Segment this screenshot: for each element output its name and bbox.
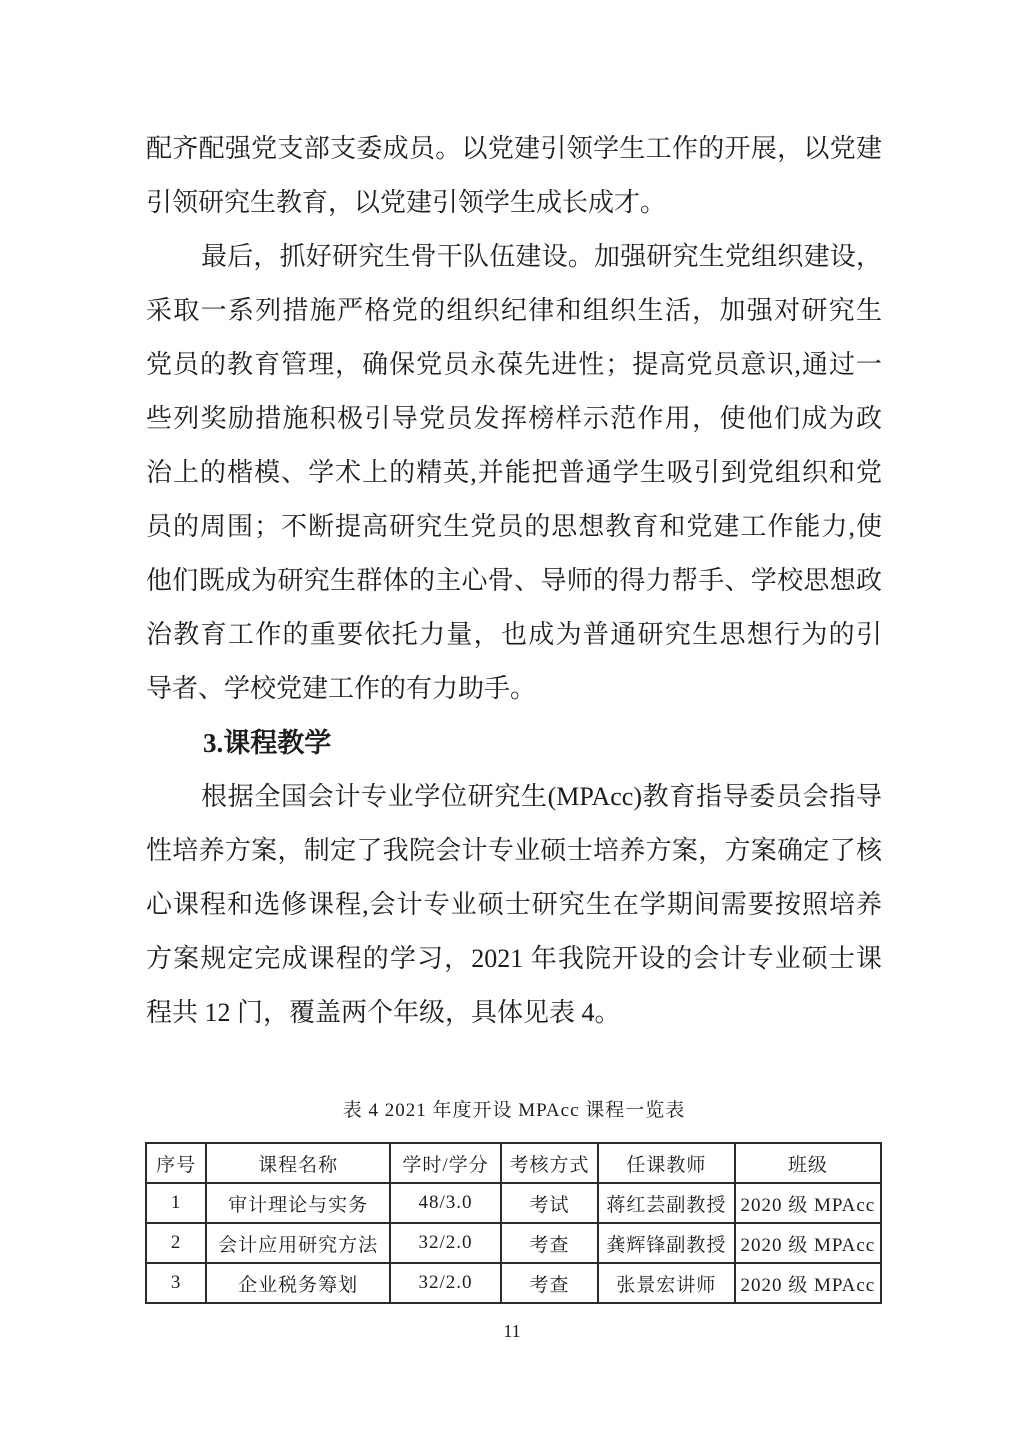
cell-course-name: 会计应用研究方法 bbox=[206, 1223, 390, 1263]
cell-assessment: 考查 bbox=[501, 1263, 598, 1303]
page-number: 11 bbox=[0, 1318, 1024, 1344]
cell-index: 2 bbox=[146, 1223, 206, 1263]
column-header-assessment: 考核方式 bbox=[501, 1143, 598, 1183]
table-row: 2 会计应用研究方法 32/2.0 考查 龚辉锋副教授 2020 级 MPAcc bbox=[146, 1223, 881, 1263]
cell-hours-credits: 32/2.0 bbox=[390, 1263, 501, 1303]
body-line: 最后，抓好研究生骨干队伍建设。加强研究生党组织建设， bbox=[146, 230, 882, 284]
body-line: 性培养方案，制定了我院会计专业硕士培养方案，方案确定了核 bbox=[146, 824, 882, 878]
body-line: 些列奖励措施积极引导党员发挥榜样示范作用，使他们成为政 bbox=[146, 392, 882, 446]
column-header-hours-credits: 学时/学分 bbox=[390, 1143, 501, 1183]
table-caption: 表 4 2021 年度开设 MPAcc 课程一览表 bbox=[146, 1096, 882, 1126]
cell-index: 3 bbox=[146, 1263, 206, 1303]
cell-assessment: 考试 bbox=[501, 1183, 598, 1223]
table-header-row: 序号 课程名称 学时/学分 考核方式 任课教师 班级 bbox=[146, 1143, 881, 1183]
body-line: 方案规定完成课程的学习，2021 年我院开设的会计专业硕士课 bbox=[146, 932, 882, 986]
body-line: 心课程和选修课程,会计专业硕士研究生在学期间需要按照培养 bbox=[146, 878, 882, 932]
body-line: 他们既成为研究生群体的主心骨、导师的得力帮手、学校思想政 bbox=[146, 554, 882, 608]
cell-hours-credits: 48/3.0 bbox=[390, 1183, 501, 1223]
body-line: 导者、学校党建工作的有力助手。 bbox=[146, 662, 882, 716]
body-line: 配齐配强党支部支委成员。以党建引领学生工作的开展，以党建 bbox=[146, 122, 882, 176]
cell-teacher: 龚辉锋副教授 bbox=[598, 1223, 735, 1263]
section-heading: 3.课程教学 bbox=[146, 716, 882, 770]
body-line: 程共 12 门，覆盖两个年级，具体见表 4。 bbox=[146, 986, 882, 1040]
cell-hours-credits: 32/2.0 bbox=[390, 1223, 501, 1263]
body-line: 根据全国会计专业学位研究生(MPAcc)教育指导委员会指导 bbox=[146, 770, 882, 824]
cell-course-name: 企业税务筹划 bbox=[206, 1263, 390, 1303]
cell-course-name: 审计理论与实务 bbox=[206, 1183, 390, 1223]
body-text-block: 配齐配强党支部支委成员。以党建引领学生工作的开展，以党建 引领研究生教育，以党建… bbox=[146, 122, 882, 1040]
cell-index: 1 bbox=[146, 1183, 206, 1223]
column-header-index: 序号 bbox=[146, 1143, 206, 1183]
body-line: 治上的楷模、学术上的精英,并能把普通学生吸引到党组织和党 bbox=[146, 446, 882, 500]
cell-class: 2020 级 MPAcc bbox=[735, 1223, 881, 1263]
cell-teacher: 蒋红芸副教授 bbox=[598, 1183, 735, 1223]
table-row: 3 企业税务筹划 32/2.0 考查 张景宏讲师 2020 级 MPAcc bbox=[146, 1263, 881, 1303]
body-line: 治教育工作的重要依托力量，也成为普通研究生思想行为的引 bbox=[146, 608, 882, 662]
body-line: 采取一系列措施严格党的组织纪律和组织生活，加强对研究生 bbox=[146, 284, 882, 338]
column-header-class: 班级 bbox=[735, 1143, 881, 1183]
table-row: 1 审计理论与实务 48/3.0 考试 蒋红芸副教授 2020 级 MPAcc bbox=[146, 1183, 881, 1223]
courses-table: 序号 课程名称 学时/学分 考核方式 任课教师 班级 1 审计理论与实务 48/… bbox=[145, 1142, 882, 1304]
body-line: 党员的教育管理，确保党员永葆先进性；提高党员意识,通过一 bbox=[146, 338, 882, 392]
body-line: 员的周围；不断提高研究生党员的思想教育和党建工作能力,使 bbox=[146, 500, 882, 554]
body-line: 引领研究生教育，以党建引领学生成长成才。 bbox=[146, 176, 882, 230]
column-header-course-name: 课程名称 bbox=[206, 1143, 390, 1183]
cell-class: 2020 级 MPAcc bbox=[735, 1183, 881, 1223]
column-header-teacher: 任课教师 bbox=[598, 1143, 735, 1183]
document-page: 配齐配强党支部支委成员。以党建引领学生工作的开展，以党建 引领研究生教育，以党建… bbox=[0, 0, 1024, 1448]
cell-teacher: 张景宏讲师 bbox=[598, 1263, 735, 1303]
cell-class: 2020 级 MPAcc bbox=[735, 1263, 881, 1303]
cell-assessment: 考查 bbox=[501, 1223, 598, 1263]
